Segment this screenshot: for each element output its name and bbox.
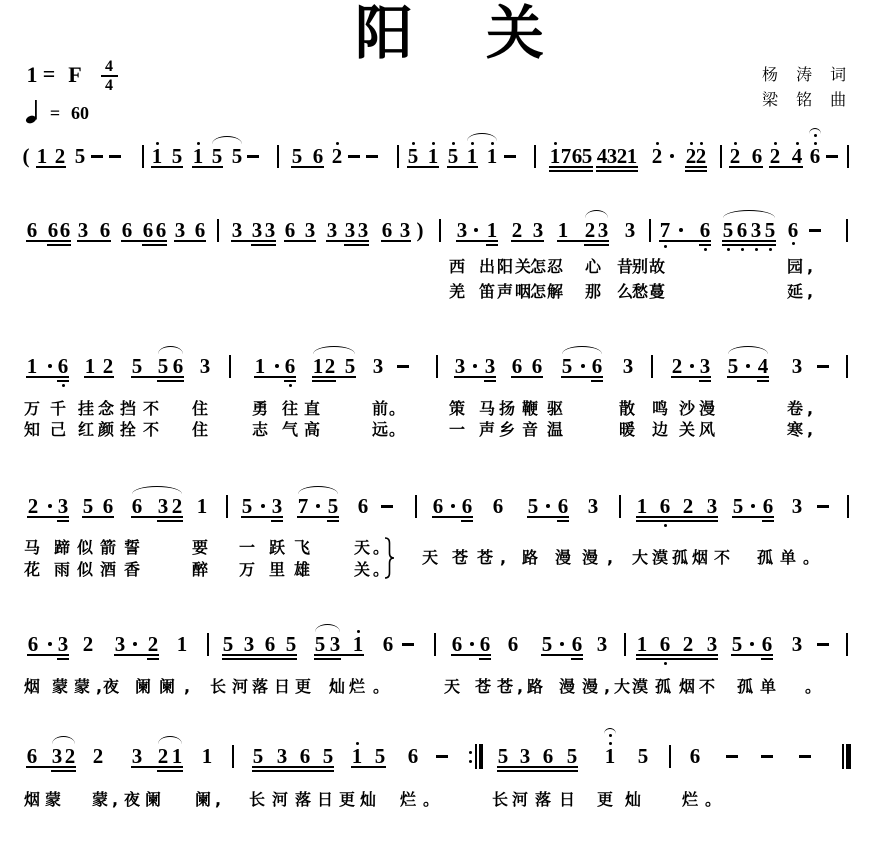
score: (125151555625151117654321222262466663666… <box>0 0 876 846</box>
beam-underline <box>461 520 473 522</box>
augmentation-dot <box>470 642 474 646</box>
note: 6 <box>555 495 571 517</box>
note: 5 <box>289 145 305 167</box>
note: 6 <box>129 495 145 517</box>
beam-underline <box>84 376 114 378</box>
beam-underline <box>131 516 183 518</box>
lyric-char: 要 <box>192 539 208 557</box>
dash-extension <box>348 155 360 158</box>
lyric-char: 长 <box>210 678 226 696</box>
low-octave-dot <box>755 248 758 251</box>
beam-underline <box>241 516 283 518</box>
note: 2 <box>145 633 161 655</box>
lyric-char: 烂 <box>349 678 365 696</box>
lyric-char: 昔 <box>617 258 633 276</box>
note: 1 <box>199 745 215 767</box>
augmentation-dot <box>133 642 137 646</box>
dash-extension <box>817 643 829 646</box>
barline <box>651 355 653 378</box>
note: 3 <box>452 355 468 377</box>
dash-extension <box>817 505 829 508</box>
note: 3 <box>397 219 413 241</box>
beam-underline <box>222 658 297 660</box>
augmentation-dot <box>451 504 455 508</box>
lyric-char: 策 <box>449 400 465 418</box>
lyric-char: 阳 <box>497 258 513 276</box>
note: 3 <box>241 633 257 655</box>
beam-underline <box>549 170 593 172</box>
lyric-char: 更 <box>295 678 311 696</box>
lyric-char: 阑 <box>159 678 175 696</box>
lyric-char: 高 <box>304 421 320 439</box>
thick-bar <box>846 744 851 769</box>
low-octave-dot <box>664 524 667 527</box>
parenthesis: ( <box>18 145 34 167</box>
high-octave-dot <box>656 142 659 145</box>
note: 2 <box>509 219 525 241</box>
note: 2 <box>322 355 338 377</box>
note: 5 <box>72 145 88 167</box>
note: 5 <box>220 633 236 655</box>
note: 5 <box>250 745 266 767</box>
note: 6 <box>785 219 801 241</box>
beam-underline <box>671 376 711 378</box>
note: 6 <box>449 633 465 655</box>
beam-underline <box>484 380 496 382</box>
beam-underline <box>131 376 184 378</box>
barline <box>226 495 228 518</box>
beam-underline <box>312 376 356 378</box>
slur <box>158 736 182 744</box>
barline <box>720 145 722 168</box>
barline <box>229 355 231 378</box>
note: 1 <box>464 145 480 167</box>
lyric-char: 日 <box>274 678 290 696</box>
lyric-char: 故 <box>649 258 665 276</box>
lyric-char: 跃 <box>269 539 285 557</box>
lyric-char: 一 <box>449 421 465 439</box>
note: 2 <box>80 633 96 655</box>
note: 3 <box>622 219 638 241</box>
slur <box>298 486 338 494</box>
lyric-punctuation: , <box>807 421 813 439</box>
augmentation-dot <box>48 364 52 368</box>
dash-extension <box>397 365 409 368</box>
note: 5 <box>762 219 778 241</box>
barline <box>846 633 848 656</box>
lyric-char: 住 <box>192 421 208 439</box>
beam-underline <box>131 766 183 768</box>
note: 2 <box>767 145 783 167</box>
high-octave-dot <box>356 742 359 745</box>
lyric-char: 河 <box>512 791 528 809</box>
note: 1 <box>169 745 185 767</box>
note: 3 <box>789 355 805 377</box>
note: 4 <box>755 355 771 377</box>
augmentation-dot <box>473 364 477 368</box>
lyric-char: 更 <box>597 791 613 809</box>
note: 5 <box>539 633 555 655</box>
note: 6 <box>430 495 446 517</box>
lyric-char: 住 <box>192 400 208 418</box>
lyric-char: 不 <box>699 678 715 696</box>
lyric-char: 远 <box>372 421 388 439</box>
low-octave-dot <box>664 245 667 248</box>
note: 6 <box>807 145 823 167</box>
lyric-char: 雄 <box>294 561 310 579</box>
lyric-char: 知 <box>24 421 40 439</box>
lyric-char: 灿 <box>329 678 345 696</box>
note: 1 <box>149 145 165 167</box>
beam-underline <box>252 770 334 772</box>
beam-underline <box>479 658 491 660</box>
beam-underline <box>636 520 718 522</box>
lyric-char: 烟 <box>24 678 40 696</box>
note: 6 <box>380 633 396 655</box>
lyric-punctuation: 。 <box>373 678 389 696</box>
barline <box>277 145 279 168</box>
note: 5 <box>320 745 336 767</box>
beam-underline <box>454 376 496 378</box>
high-octave-dot <box>796 142 799 145</box>
augmentation-dot <box>474 228 478 232</box>
note: 5 <box>564 745 580 767</box>
lyric-char: 醉 <box>192 561 208 579</box>
lyric-char: 蔓 <box>649 283 665 301</box>
lyric-char: 灿 <box>625 791 641 809</box>
note: 7 <box>657 219 673 241</box>
note: 5 <box>325 495 341 517</box>
lyric-char: 怎 <box>530 283 546 301</box>
beam-underline <box>511 376 543 378</box>
high-octave-dot <box>734 142 737 145</box>
lyric-char: 气 <box>282 421 298 439</box>
beam-underline <box>147 658 159 660</box>
barline <box>846 355 848 378</box>
note: 2 <box>62 745 78 767</box>
note: 3 <box>789 633 805 655</box>
note: 2 <box>693 145 709 167</box>
fermata-dot <box>609 734 612 737</box>
lyric-char: 一 <box>239 539 255 557</box>
lyric-char: 鞭 <box>522 400 538 418</box>
lyric-punctuation: , <box>96 678 102 696</box>
high-octave-dot <box>336 142 339 145</box>
lyric-char: 笛 <box>479 283 495 301</box>
note: 5 <box>209 145 225 167</box>
beam-underline <box>291 166 324 168</box>
beam-underline <box>511 240 544 242</box>
lyric-char: 解 <box>547 283 563 301</box>
lyric-punctuation: , <box>517 678 523 696</box>
note: 6 <box>379 219 395 241</box>
note: 2 <box>669 355 685 377</box>
note: 6 <box>97 219 113 241</box>
fermata-dot <box>814 134 817 137</box>
lyric-char: 关 <box>679 421 695 439</box>
note: 6 <box>119 219 135 241</box>
barline <box>619 495 621 518</box>
barline <box>439 219 441 242</box>
lyric-char: 红 <box>78 421 94 439</box>
lyric-punctuation: , <box>807 283 813 301</box>
note: 6 <box>490 495 506 517</box>
note: 6 <box>505 633 521 655</box>
high-octave-dot <box>491 142 494 145</box>
note: 6 <box>759 633 775 655</box>
barline <box>415 495 417 518</box>
lyric-char: 怎 <box>530 258 546 276</box>
note: 5 <box>312 633 328 655</box>
lyric-char: 卷 <box>787 400 803 418</box>
beam-underline <box>284 380 296 382</box>
beam-underline <box>327 520 339 522</box>
beam-underline <box>51 770 76 772</box>
barline <box>847 495 849 518</box>
beam-underline <box>27 654 69 656</box>
lyric-punctuation: , <box>215 791 221 809</box>
beam-underline <box>26 240 71 242</box>
lyric-punctuation: 。 <box>805 678 821 696</box>
slur <box>315 624 340 632</box>
slur <box>132 486 182 494</box>
lyric-punctuation: , <box>184 678 190 696</box>
parenthesis: ) <box>412 219 428 241</box>
high-octave-dot <box>700 142 703 145</box>
lyric-char: 路 <box>527 678 543 696</box>
augmentation-dot <box>581 364 585 368</box>
lyric-punctuation: , <box>807 400 813 418</box>
note: 6 <box>297 745 313 767</box>
lyric-punctuation: 。 <box>389 400 405 418</box>
beam-underline <box>557 520 569 522</box>
augmentation-dot <box>546 504 550 508</box>
note: 3 <box>112 633 128 655</box>
augmentation-dot <box>261 504 265 508</box>
note: 3 <box>620 355 636 377</box>
high-octave-dot <box>452 142 455 145</box>
lyric-char: 长 <box>492 791 508 809</box>
dash-extension <box>109 155 121 158</box>
low-octave-dot <box>792 242 795 245</box>
lyric-char: 扬 <box>499 400 515 418</box>
beam-underline <box>732 516 774 518</box>
lyric-char: 千 <box>50 400 66 418</box>
lyric-char: 挡 <box>120 400 136 418</box>
low-octave-dot <box>704 248 707 251</box>
note: 6 <box>477 633 493 655</box>
lyric-char: 似 <box>77 561 93 579</box>
lyric-char: 驱 <box>547 400 563 418</box>
note: 6 <box>24 745 40 767</box>
beam-underline <box>636 658 718 660</box>
lyric-char: 酒 <box>100 561 116 579</box>
beam-underline <box>36 166 66 168</box>
lyric-char: 似 <box>77 539 93 557</box>
note: 3 <box>324 219 340 241</box>
lyric-char: 直 <box>304 400 320 418</box>
note: 1 <box>174 633 190 655</box>
lyric-char: 己 <box>50 421 66 439</box>
note: 5 <box>559 355 575 377</box>
lyric-char: 不 <box>143 421 159 439</box>
beam-underline <box>685 166 707 168</box>
lyric-char: 园 <box>787 258 803 276</box>
lyric-char: 念 <box>98 400 114 418</box>
beam-underline <box>252 766 334 768</box>
note: 5 <box>729 633 745 655</box>
note: 3 <box>454 219 470 241</box>
lyric-char: 蒙 <box>92 791 108 809</box>
lyric-char: 声 <box>497 283 513 301</box>
beam-underline <box>761 658 773 660</box>
beam-underline <box>596 170 638 172</box>
beam-underline <box>699 380 711 382</box>
slur <box>728 346 768 354</box>
beam-underline <box>757 380 769 382</box>
note: 1 <box>82 355 98 377</box>
beam-underline <box>77 240 111 242</box>
note: 5 <box>372 745 388 767</box>
lyric-punctuation: , <box>500 549 506 567</box>
note: 3 <box>55 495 71 517</box>
lyric-char: 蒙 <box>52 678 68 696</box>
note: 6 <box>153 219 169 241</box>
beam-underline <box>57 520 69 522</box>
lyric-char: 路 <box>522 549 538 567</box>
beam-underline <box>121 240 167 242</box>
augmentation-dot <box>316 504 320 508</box>
lyric-char: 花 <box>24 561 40 579</box>
high-octave-dot <box>814 142 817 145</box>
beam-underline <box>26 766 76 768</box>
augmentation-dot <box>751 504 755 508</box>
note: 3 <box>789 495 805 517</box>
lyric-punctuation: , <box>112 791 118 809</box>
note: 6 <box>100 495 116 517</box>
note: 2 <box>649 145 665 167</box>
thick-bar <box>479 744 483 769</box>
note: 5 <box>169 145 185 167</box>
note: 6 <box>657 495 673 517</box>
lyric-char: 天 <box>354 539 370 557</box>
note: 1 <box>350 633 366 655</box>
note: 1 <box>602 745 618 767</box>
beam-underline <box>659 240 711 242</box>
lyric-char: 延 <box>787 283 803 301</box>
lyric-char: 前 <box>372 400 388 418</box>
dash-extension <box>247 155 259 158</box>
slur <box>723 210 775 218</box>
beam-underline <box>82 516 114 518</box>
note: 3 <box>704 633 720 655</box>
note: 6 <box>57 219 73 241</box>
dash-extension <box>726 755 738 758</box>
lyric-char: 风 <box>699 421 715 439</box>
barline <box>534 145 536 168</box>
high-octave-dot <box>774 142 777 145</box>
lyric-char: 出 <box>479 258 495 276</box>
beam-underline <box>769 166 803 168</box>
note: 1 <box>484 145 500 167</box>
note: 6 <box>282 355 298 377</box>
note: 6 <box>687 745 703 767</box>
low-octave-dot <box>62 384 65 387</box>
dash-extension <box>809 229 821 232</box>
lyric-char: 不 <box>143 400 159 418</box>
lyric-punctuation: 。 <box>389 421 405 439</box>
lyric-char: 灿 <box>360 791 376 809</box>
note: 1 <box>252 355 268 377</box>
slur <box>467 133 497 141</box>
note: 6 <box>262 633 278 655</box>
dash-extension <box>436 755 448 758</box>
beam-underline <box>351 766 386 768</box>
beam-underline <box>312 380 336 382</box>
beam-underline <box>731 654 773 656</box>
note: 6 <box>282 219 298 241</box>
lyric-char: 香 <box>124 561 140 579</box>
beam-underline <box>271 520 283 522</box>
thin-bar <box>842 744 844 769</box>
lyric-char: 漫 <box>559 678 575 696</box>
lyric-char: 漠 <box>652 549 668 567</box>
lyric-char: 箭 <box>100 539 116 557</box>
note: 6 <box>760 495 776 517</box>
note: 5 <box>635 745 651 767</box>
note: 6 <box>55 355 71 377</box>
lyric-char: 蒙 <box>45 791 61 809</box>
lyric-char: 单 <box>780 549 796 567</box>
note: 5 <box>229 145 245 167</box>
lyric-char: 关 <box>354 561 370 579</box>
note: 3 <box>55 633 71 655</box>
note: 1 <box>194 495 210 517</box>
lyric-char: 誓 <box>124 539 140 557</box>
beam-underline <box>432 516 473 518</box>
beam-underline <box>584 244 609 246</box>
lyric-char: 烂 <box>400 791 416 809</box>
beam-underline <box>314 654 364 656</box>
note: 3 <box>355 219 371 241</box>
beam-underline <box>541 654 583 656</box>
augmentation-dot <box>750 642 754 646</box>
note: 7 <box>295 495 311 517</box>
note: 3 <box>517 745 533 767</box>
note: 3 <box>262 219 278 241</box>
lyric-punctuation: , <box>604 678 610 696</box>
high-octave-dot <box>412 142 415 145</box>
lyric-char: 关 <box>515 258 531 276</box>
beam-underline <box>486 244 498 246</box>
lyric-char: 沙 <box>679 400 695 418</box>
note: 6 <box>25 633 41 655</box>
note: 5 <box>525 495 541 517</box>
lyric-char: 日 <box>559 791 575 809</box>
slur <box>562 346 602 354</box>
note: 5 <box>730 495 746 517</box>
beam-underline <box>447 166 478 168</box>
note: 3 <box>172 219 188 241</box>
note: 6 <box>529 355 545 377</box>
beam-underline <box>557 240 609 242</box>
beam-underline <box>192 166 223 168</box>
barline <box>669 745 671 768</box>
lyric-char: 单 <box>760 678 776 696</box>
note: 1 <box>34 145 50 167</box>
beam-underline <box>571 658 583 660</box>
note: 6 <box>355 495 371 517</box>
